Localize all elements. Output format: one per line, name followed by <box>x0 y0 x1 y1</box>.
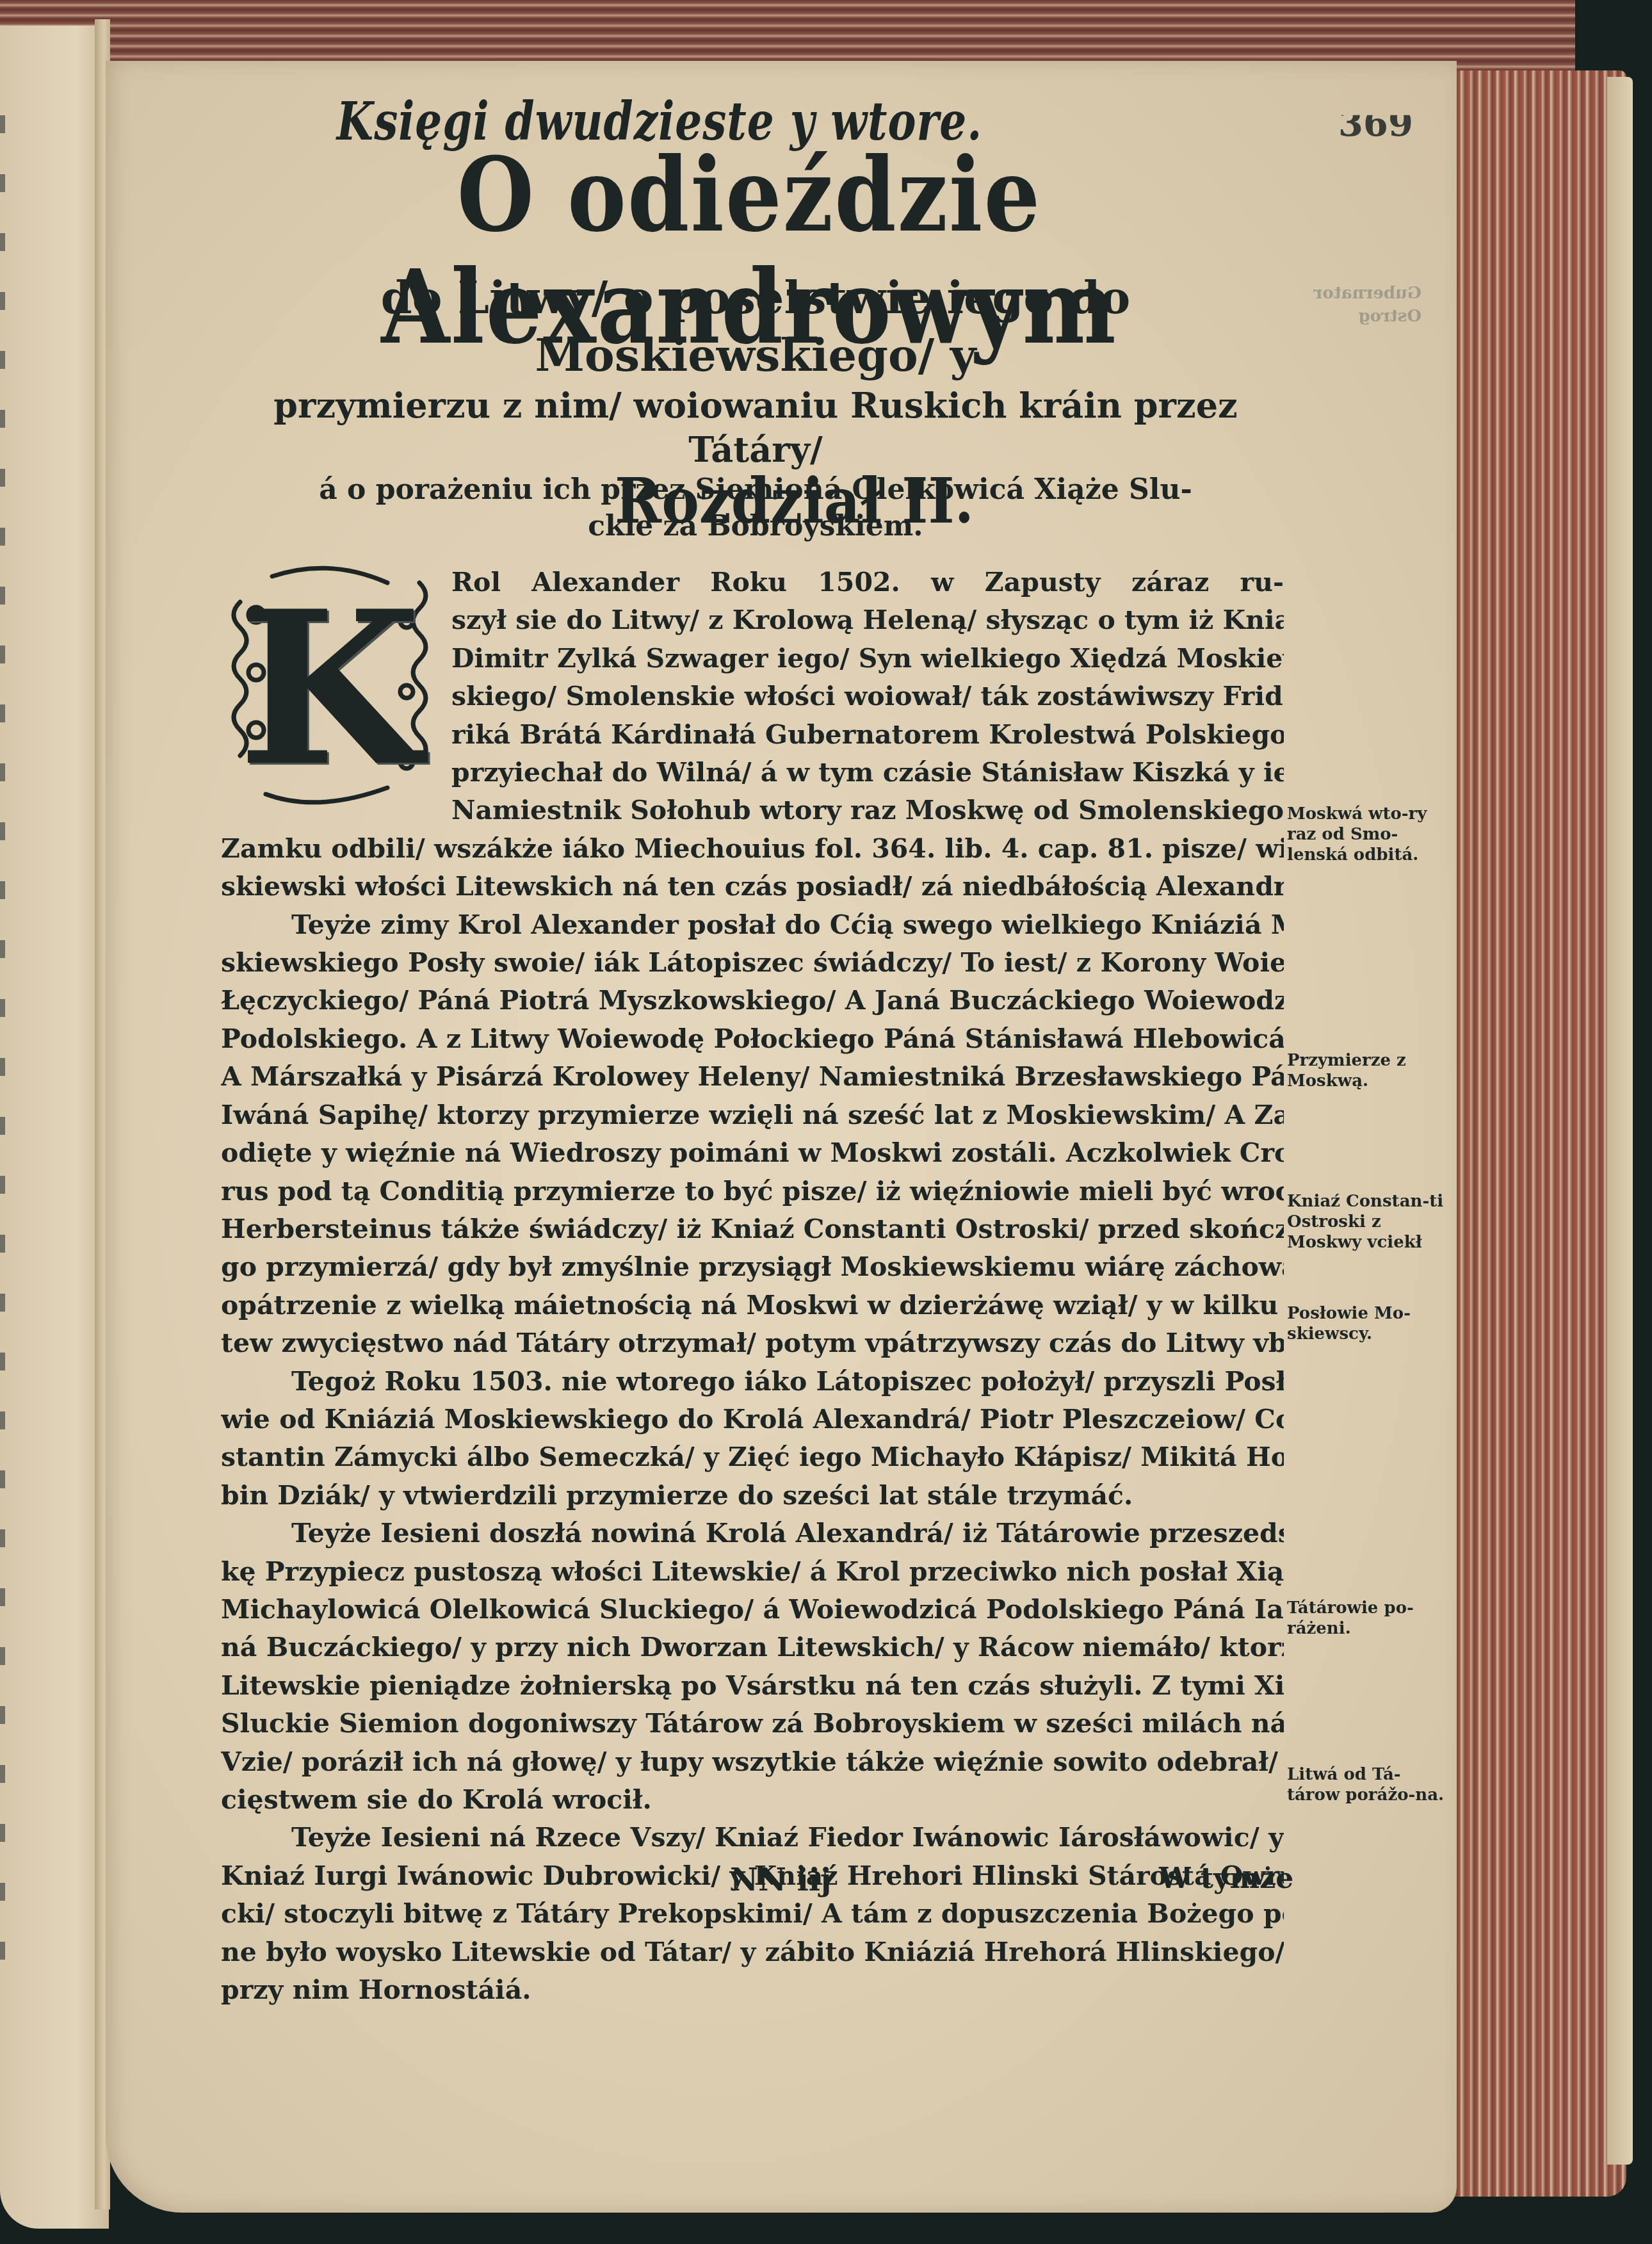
text-line: Teyże Iesieni ná Rzece Vszy/ Kniaź Fiedo… <box>221 1819 1284 1857</box>
verso-text-fragment <box>0 115 5 1972</box>
book-photograph: Księgi dwudzieste y wtore. 369 O odieźdz… <box>0 0 1652 2244</box>
text-line: kę Przypiecz pustoszą włości Litewskie/ … <box>221 1553 1284 1591</box>
verso-page-edge <box>0 26 109 2229</box>
text-line: skiewskiego Posły swoie/ iák Látopiszec … <box>221 944 1284 982</box>
subtitle-line: przymierzu z nim/ woiowaniu Ruskich krái… <box>218 384 1293 472</box>
text-line: Łęczyckiego/ Páná Piotrá Myszkowskiego/ … <box>221 982 1284 1020</box>
text-line: Rol Alexander Roku 1502. w Zapusty záraz… <box>221 564 1284 601</box>
text-line: Dimitr Zylká Szwager iego/ Syn wielkiego… <box>221 640 1284 678</box>
text-line: Zamku odbili/ wszákże iáko Miechouius fo… <box>221 830 1284 868</box>
catchword: W tymże <box>1159 1862 1293 1895</box>
text-line: szył sie do Litwy/ z Krolową Heleną/ sły… <box>221 601 1284 639</box>
text-line: przy nim Hornostáiá. <box>221 1971 1284 2009</box>
text-line: Sluckie Siemion dogoniwszy Tátárow zá Bo… <box>221 1705 1284 1743</box>
text-line: przyiechał do Wilná/ á w tym czásie Stán… <box>221 754 1284 792</box>
text-line: odięte y więźnie ná Wiedroszy poimáni w … <box>221 1134 1284 1172</box>
text-line: opátrzenie z wielką máietnością ná Moskw… <box>221 1287 1284 1324</box>
text-line: Vzie/ poráził ich ná głowę/ y łupy wszyt… <box>221 1743 1284 1781</box>
text-line: bin Dziák/ y vtwierdzili przymierze do s… <box>221 1477 1284 1515</box>
margin-note: Kniaź Constan-ti Ostroski z Moskwy vciek… <box>1287 1191 1447 1253</box>
red-stained-fore-edge <box>1447 70 1626 2197</box>
text-line: skiego/ Smolenskie włości woiował/ ták z… <box>221 678 1284 715</box>
text-line: Teyże zimy Krol Alexander posłał do Cćią… <box>221 906 1284 944</box>
text-line: Herbersteinus tákże świádczy/ iż Kniaź C… <box>221 1210 1284 1248</box>
signature-mark: NN iij <box>730 1862 831 1898</box>
text-line: Iwáná Sapihę/ ktorzy przymierze wzięli n… <box>221 1096 1284 1134</box>
text-line: ne było woysko Litewskie od Tátar/ y záb… <box>221 1933 1284 1971</box>
text-line: cięstwem sie do Krolá wrocił. <box>221 1781 1284 1819</box>
text-line: Podolskiego. A z Litwy Woiewodę Połockie… <box>221 1020 1284 1058</box>
margin-note: Moskwá wto-ry raz od Smo-lenská odbitá. <box>1287 804 1447 865</box>
text-line: wie od Kniáziá Moskiewskiego do Krolá Al… <box>221 1401 1284 1438</box>
text-line: Michaylowicá Olelkowicá Sluckiego/ á Woi… <box>221 1591 1284 1629</box>
subtitle-line: do Litwy/ o poselstwie iego do Moskiewsk… <box>218 269 1293 384</box>
show-through-line: Ostrog <box>1293 305 1421 328</box>
text-line: stantin Zámycki álbo Semeczká/ y Zięć ie… <box>221 1438 1284 1476</box>
show-through-text: Gubernator Ostrog <box>1293 282 1421 328</box>
text-line: go przymierzá/ gdy był zmyślnie przysiąg… <box>221 1248 1284 1286</box>
margin-note: Tátárowie po-ráżeni. <box>1287 1598 1447 1639</box>
text-line: cki/ stoczyli bitwę z Tátáry Prekopskimi… <box>221 1895 1284 1933</box>
margin-note: Litwá od Tá-tárow porážo-na. <box>1287 1764 1447 1805</box>
text-line: Teyże Iesieni doszłá nowiná Krolá Alexan… <box>221 1515 1284 1552</box>
margin-note: Posłowie Mo-skiewscy. <box>1287 1303 1447 1344</box>
margin-note: Przymierze z Moskwą. <box>1287 1050 1447 1091</box>
text-line: skiewski włości Litewskich ná ten czás p… <box>221 868 1284 906</box>
body-text: Rol Alexander Roku 1502. w Zapusty záraz… <box>221 564 1284 2009</box>
text-line: tew zwycięstwo nád Tátáry otrzymał/ poty… <box>221 1324 1284 1362</box>
text-line: ná Buczáckiego/ y przy nich Dworzan Lite… <box>221 1629 1284 1666</box>
text-line: A Márszałká y Pisárzá Krolowey Heleny/ N… <box>221 1058 1284 1096</box>
text-line: riká Brátá Kárdinałá Gubernatorem Kroles… <box>221 716 1284 754</box>
chapter-heading: Rozdział II. <box>615 464 974 537</box>
page-block-edge <box>1607 77 1633 2165</box>
show-through-line: Gubernator <box>1293 282 1421 305</box>
text-line: Namiestnik Sołohub wtory raz Moskwę od S… <box>221 792 1284 829</box>
text-line: Tegoż Roku 1503. nie wtorego iáko Látopi… <box>221 1363 1284 1401</box>
text-line: rus pod tą Conditią przymierze to być pi… <box>221 1173 1284 1210</box>
text-line: Litewskie pieniądze żołnierską po Vsárst… <box>221 1667 1284 1705</box>
